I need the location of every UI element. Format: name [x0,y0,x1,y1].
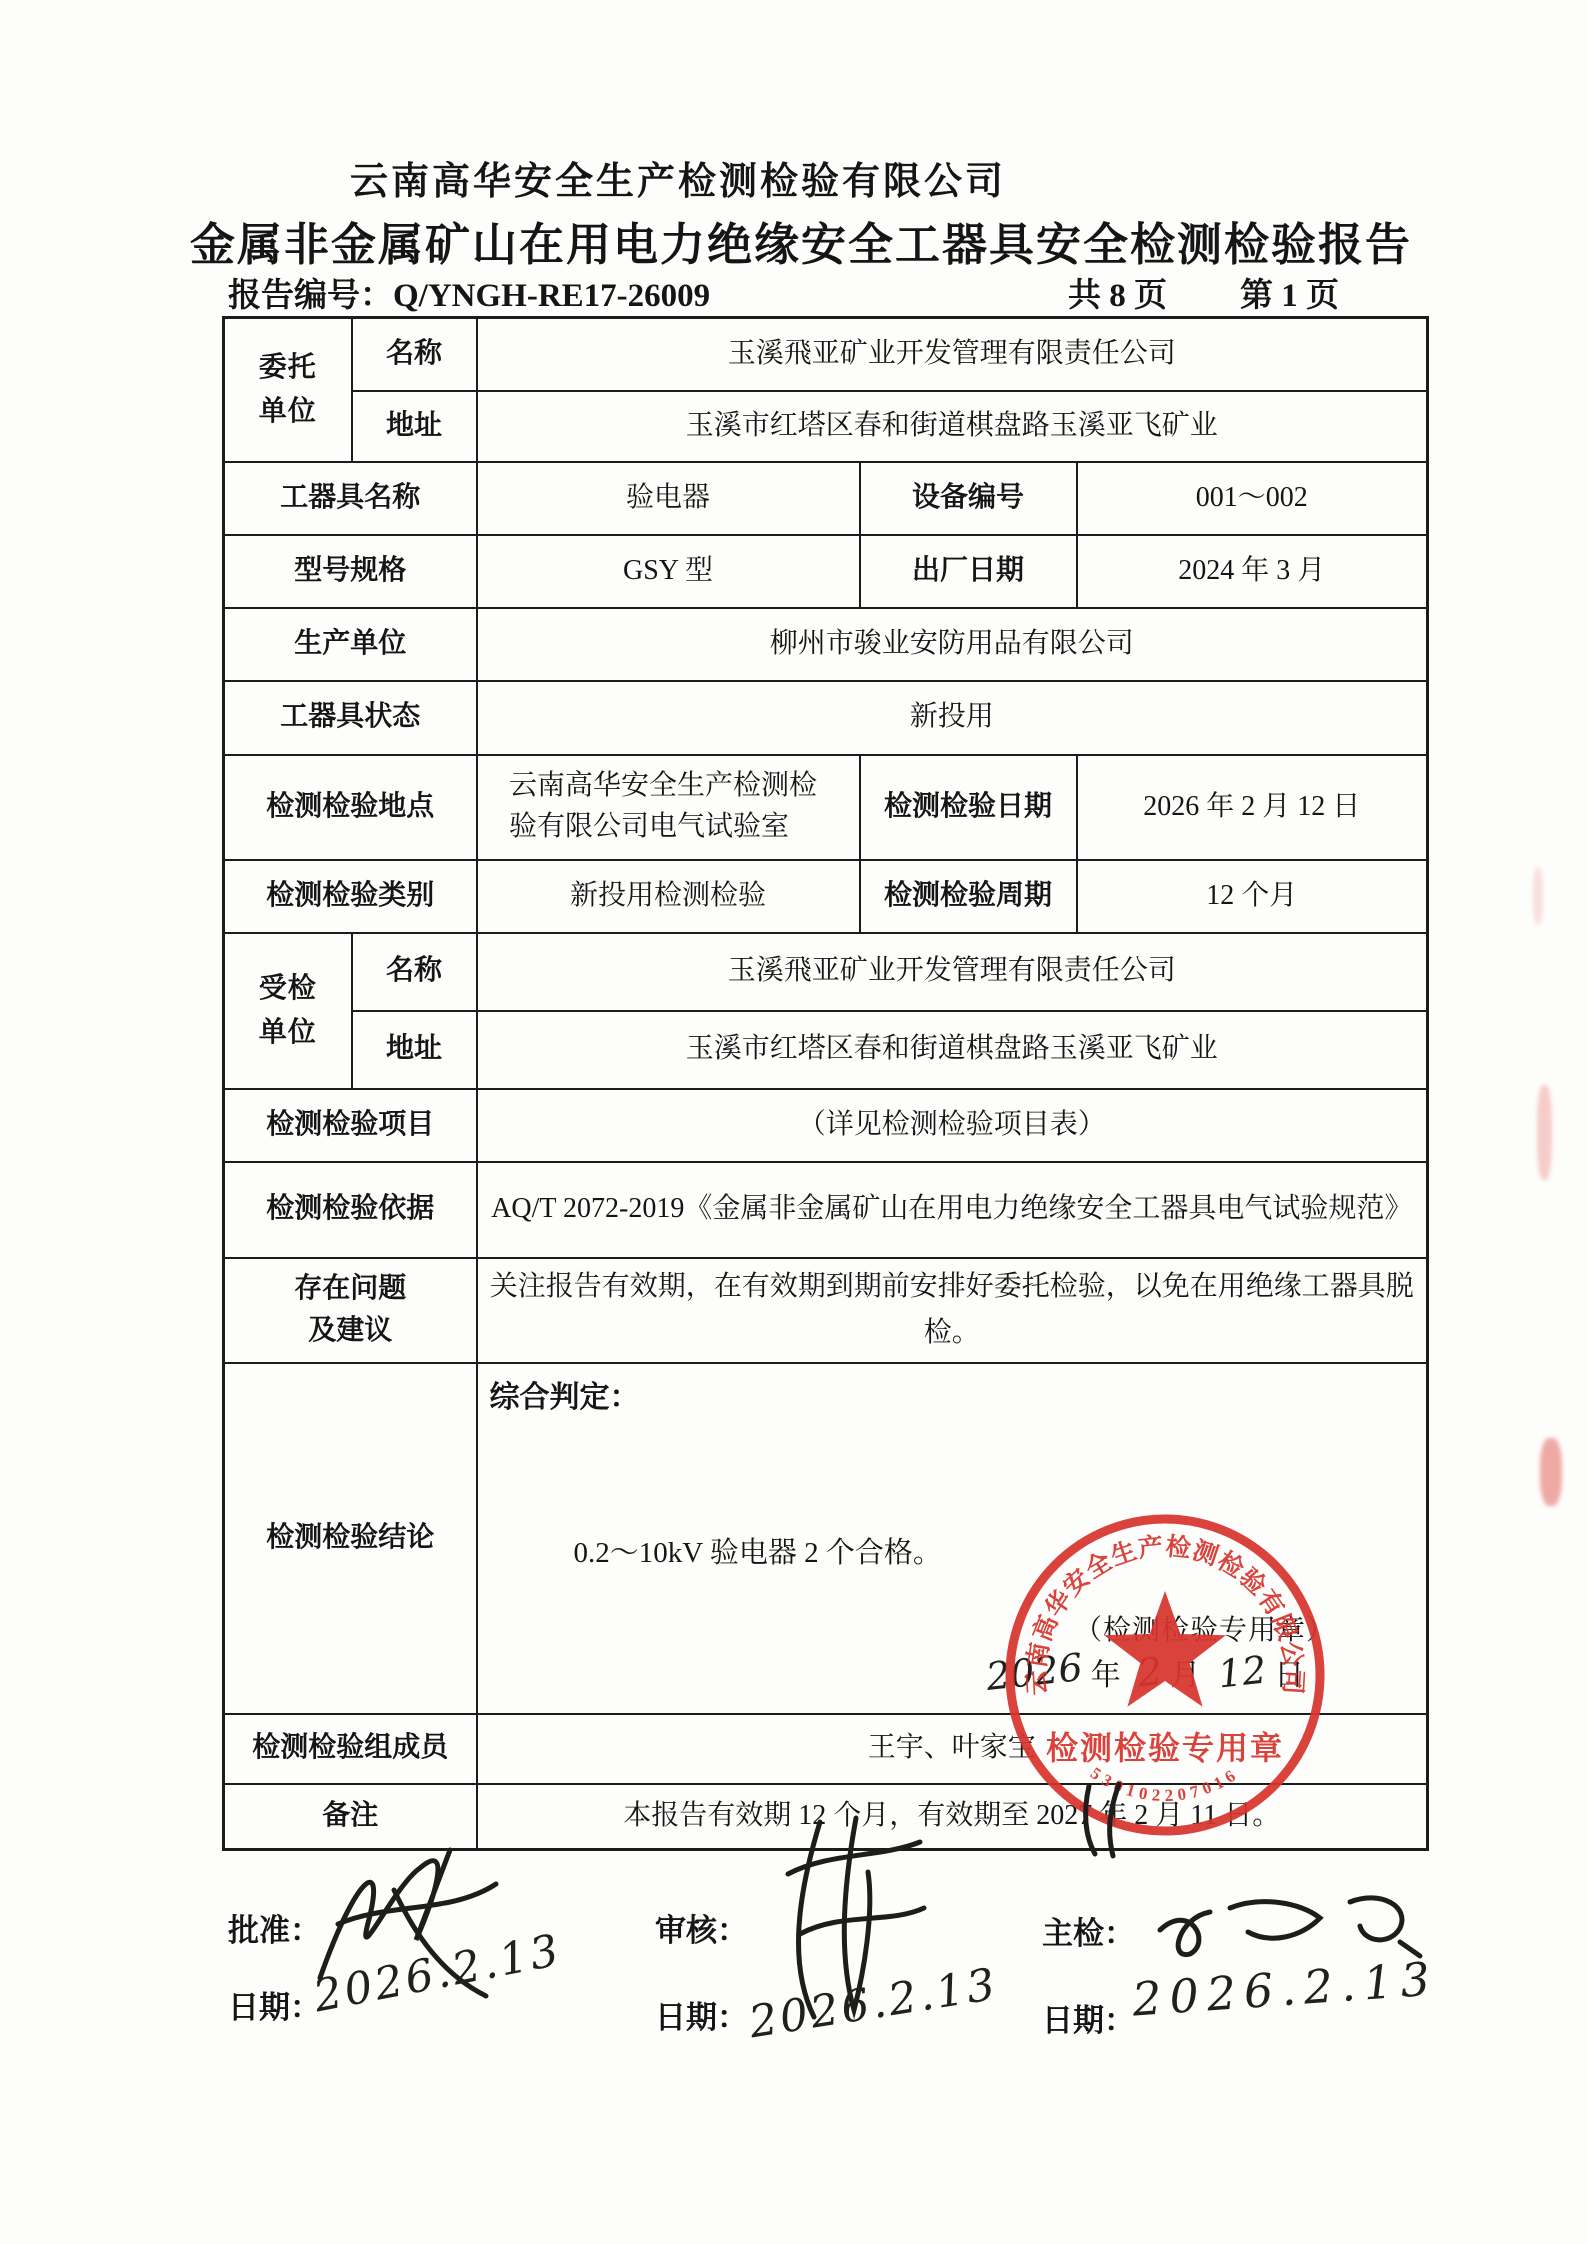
inspected-name-label: 名称 [352,933,477,1011]
basis-label: 检测检验依据 [224,1162,477,1258]
items-value: （详见检测检验项目表） [477,1089,1428,1162]
inspected-group-label: 受检单位 [224,933,352,1089]
table-row: 检测检验类别 新投用检测检验 检测检验周期 12 个月 [224,860,1428,933]
table-row: 检测检验依据 AQ/T 2072-2019《金属非金属矿山在用电力绝缘安全工器具… [224,1162,1428,1258]
team-label: 检测检验组成员 [224,1714,477,1784]
client-name-value: 玉溪飛亚矿业开发管理有限责任公司 [477,318,1428,391]
stamp-bleedthrough-mark [1537,1085,1552,1180]
table-row: 委托单位 名称 玉溪飛亚矿业开发管理有限责任公司 [224,318,1428,391]
category-value: 新投用检测检验 [477,860,860,933]
client-group-label: 委托单位 [224,318,352,462]
device-no-value: 001～002 [1077,462,1428,535]
seal-center-label: 检测检验专用章 [1046,1730,1284,1766]
chief-date-label: 日期： [1042,1995,1135,2040]
seal-star-icon [1104,1591,1226,1707]
client-name-label: 名称 [352,318,477,391]
device-no-label: 设备编号 [860,462,1077,535]
conclusion-label: 检测检验结论 [224,1363,477,1714]
tool-name-value: 验电器 [477,462,860,535]
conclusion-text: 0.2～10kV 验电器 2 个合格。 [574,1532,942,1574]
table-row: 存在问题及建议 关注报告有效期，在有效期到期前安排好委托检验，以免在用绝缘工器具… [224,1258,1428,1363]
status-value: 新投用 [477,681,1428,755]
table-row: 工器具名称 验电器 设备编号 001～002 [224,462,1428,535]
status-label: 工器具状态 [224,681,477,755]
tool-name-label: 工器具名称 [224,462,477,535]
cycle-label: 检测检验周期 [860,860,1077,933]
producer-value: 柳州市骏业安防用品有限公司 [477,608,1428,681]
place-label: 检测检验地点 [224,755,477,860]
mfg-date-value: 2024 年 3 月 [1077,535,1428,608]
official-seal-stamp: 云南高华安全生产检测检验有限公司 检测检验专用章 530102207016 [995,1505,1335,1845]
place-value: 云南高华安全生产检测检验有限公司电气试验室 [477,755,860,860]
problems-value: 关注报告有效期，在有效期到期前安排好委托检验，以免在用绝缘工器具脱检。 [477,1258,1428,1363]
pages-total: 共 8 页 [1068,269,1167,316]
table-row: 检测检验地点 云南高华安全生产检测检验有限公司电气试验室 检测检验日期 2026… [224,755,1428,860]
model-value: GSY 型 [477,535,860,608]
insp-date-label: 检测检验日期 [860,755,1077,860]
table-row: 地址 玉溪市红塔区春和街道棋盘路玉溪亚飞矿业 [224,391,1428,462]
ink-stroke [1075,1782,1145,1860]
cycle-value: 12 个月 [1077,860,1428,933]
table-row: 生产单位 柳州市骏业安防用品有限公司 [224,608,1428,681]
table-row: 地址 玉溪市红塔区春和街道棋盘路玉溪亚飞矿业 [224,1011,1428,1089]
basis-value: AQ/T 2072-2019《金属非金属矿山在用电力绝缘安全工器具电气试验规范》 [477,1162,1428,1258]
table-row: 检测检验项目 （详见检测检验项目表） [224,1089,1428,1162]
stamp-bleedthrough-mark [1540,1438,1562,1506]
report-number: 报告编号：Q/YNGH-RE17-26009 [228,269,710,316]
items-label: 检测检验项目 [224,1089,477,1162]
problems-label: 存在问题及建议 [224,1258,477,1363]
client-addr-label: 地址 [352,391,477,462]
inspected-name-value: 玉溪飛亚矿业开发管理有限责任公司 [477,933,1428,1011]
review-label: 审核： [655,1905,748,1950]
category-label: 检测检验类别 [224,860,477,933]
conclusion-heading: 综合判定： [490,1376,640,1420]
chief-label: 主检： [1042,1908,1135,1953]
model-label: 型号规格 [224,535,477,608]
review-date-label: 日期： [655,1992,748,2037]
company-title: 云南高华安全生产检测检验有限公司 [350,150,1006,205]
page-current: 第 1 页 [1240,269,1339,316]
report-page: 云南高华安全生产检测检验有限公司 金属非金属矿山在用电力绝缘安全工器具安全检测检… [0,0,1587,2244]
stamp-bleedthrough-mark [1533,868,1543,924]
report-title: 金属非金属矿山在用电力绝缘安全工器具安全检测检验报告 [190,208,1412,273]
producer-label: 生产单位 [224,608,477,681]
insp-date-value: 2026 年 2 月 12 日 [1077,755,1428,860]
table-row: 型号规格 GSY 型 出厂日期 2024 年 3 月 [224,535,1428,608]
table-row: 工器具状态 新投用 [224,681,1428,755]
client-addr-value: 玉溪市红塔区春和街道棋盘路玉溪亚飞矿业 [477,391,1428,462]
inspected-addr-value: 玉溪市红塔区春和街道棋盘路玉溪亚飞矿业 [477,1011,1428,1089]
approve-date-label: 日期： [228,1982,321,2027]
table-row: 受检单位 名称 玉溪飛亚矿业开发管理有限责任公司 [224,933,1428,1011]
inspected-addr-label: 地址 [352,1011,477,1089]
mfg-date-label: 出厂日期 [860,535,1077,608]
report-meta-line: 报告编号：Q/YNGH-RE17-26009 共 8 页 第 1 页 [0,269,1587,315]
